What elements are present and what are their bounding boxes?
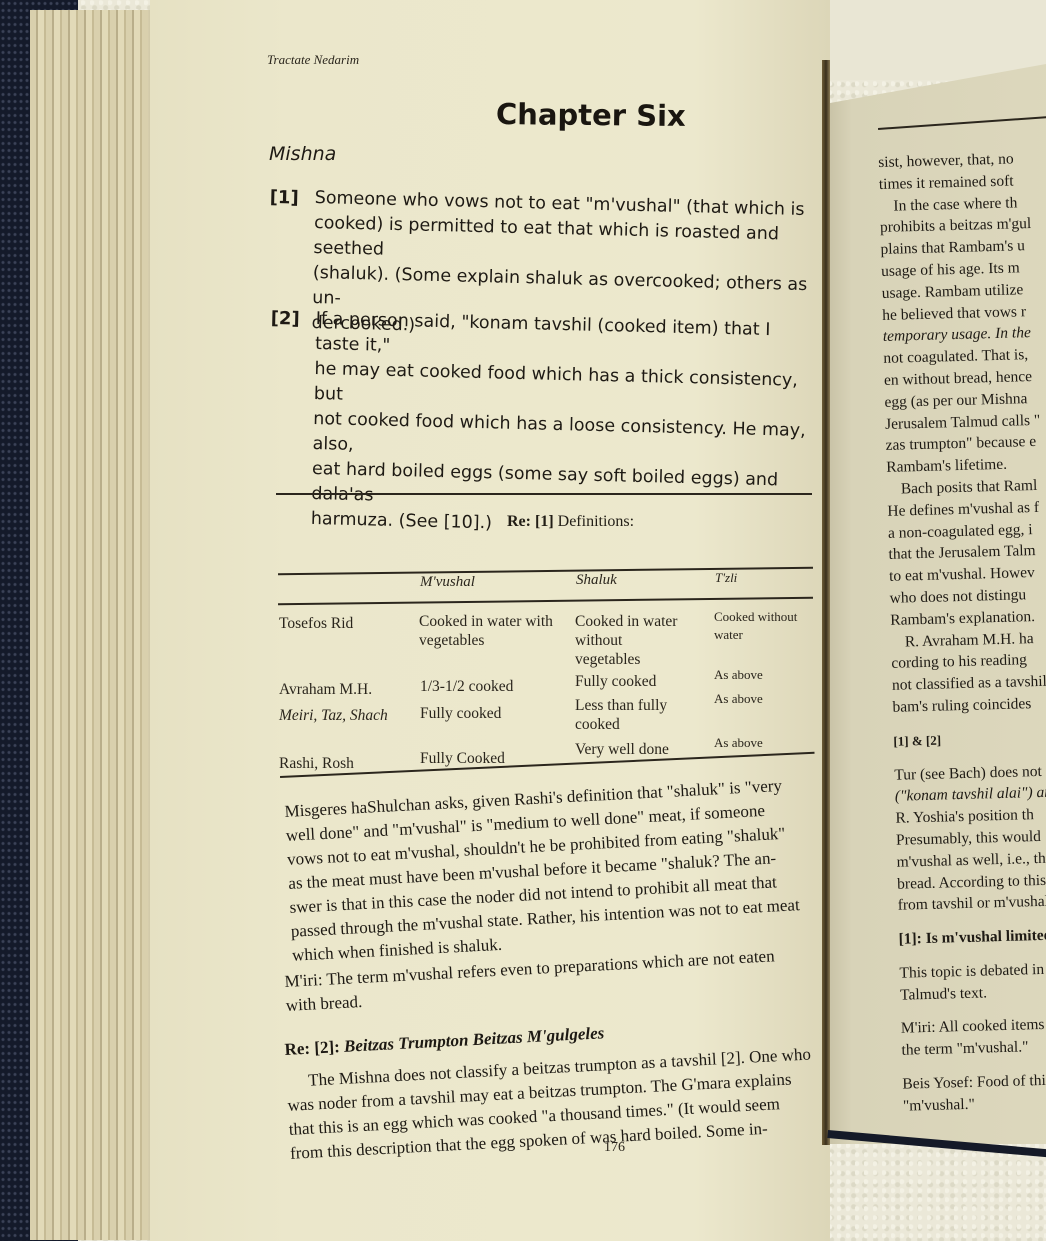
table-cell-shaluk: Fully cooked: [575, 672, 656, 691]
table-bottom-rule: [280, 752, 815, 778]
table-cell-tzli: Cooked without water: [714, 608, 809, 644]
table-cell-mvushal: Fully Cooked: [420, 749, 505, 768]
section-divider-rule: [276, 493, 812, 495]
re2-heading-ref: Re: [2]:: [284, 1037, 340, 1059]
table-cell-mvushal: Fully cooked: [420, 704, 501, 723]
page-number: 176: [604, 1140, 625, 1156]
table-cell-tzli: As above: [714, 734, 763, 752]
table-cell-shaluk: Less than fully cooked: [575, 696, 695, 734]
column-header-tzli: T'zli: [715, 570, 737, 586]
table-cell-shaluk: Cooked in water without vegetables: [575, 612, 685, 669]
definitions-title: Re: [1] Definitions:: [507, 513, 634, 531]
column-header-shaluk: Shaluk: [576, 572, 617, 589]
table-cell-mvushal: 1/3-1/2 cooked: [420, 677, 513, 696]
re2-heading-title: Beitzas Trumpton Beitzas M'gulgeles: [339, 1023, 604, 1056]
chapter-title: Chapter Six: [496, 97, 686, 133]
table-cell-source: Meiri, Taz, Shach: [279, 706, 388, 725]
table-header-rule: [278, 597, 813, 605]
table-cell-source: Avraham M.H.: [279, 680, 372, 699]
commentary-misgeres: Misgeres haShulchan asks, given Rashi's …: [284, 772, 832, 968]
definitions-title-label: Definitions:: [554, 513, 634, 530]
table-cell-source: Tosefos Rid: [279, 614, 353, 633]
mishna-paragraph-2: [2] If a person said, "konam tavshil (co…: [311, 307, 816, 544]
paragraph-number: [1]: [269, 185, 299, 211]
definitions-title-ref: Re: [1]: [507, 513, 554, 530]
table-cell-tzli: As above: [714, 666, 763, 684]
table-cell-source: Rashi, Rosh: [279, 754, 354, 773]
section-head: Mishna: [269, 143, 336, 165]
table-cell-tzli: As above: [714, 690, 763, 708]
table-cell-mvushal: Cooked in water with vegetables: [419, 612, 559, 650]
column-header-mvushal: M'vushal: [420, 574, 475, 591]
table-cell-shaluk: Very well done: [575, 740, 669, 759]
paragraph-number: [2]: [270, 306, 300, 332]
right-page-text: sist, however, that, no times it remaine…: [878, 145, 1046, 1117]
running-head: Tractate Nedarim: [267, 52, 359, 68]
commentary-re2: Re: [2]: Beitzas Trumpton Beitzas M'gulg…: [284, 1010, 830, 1166]
